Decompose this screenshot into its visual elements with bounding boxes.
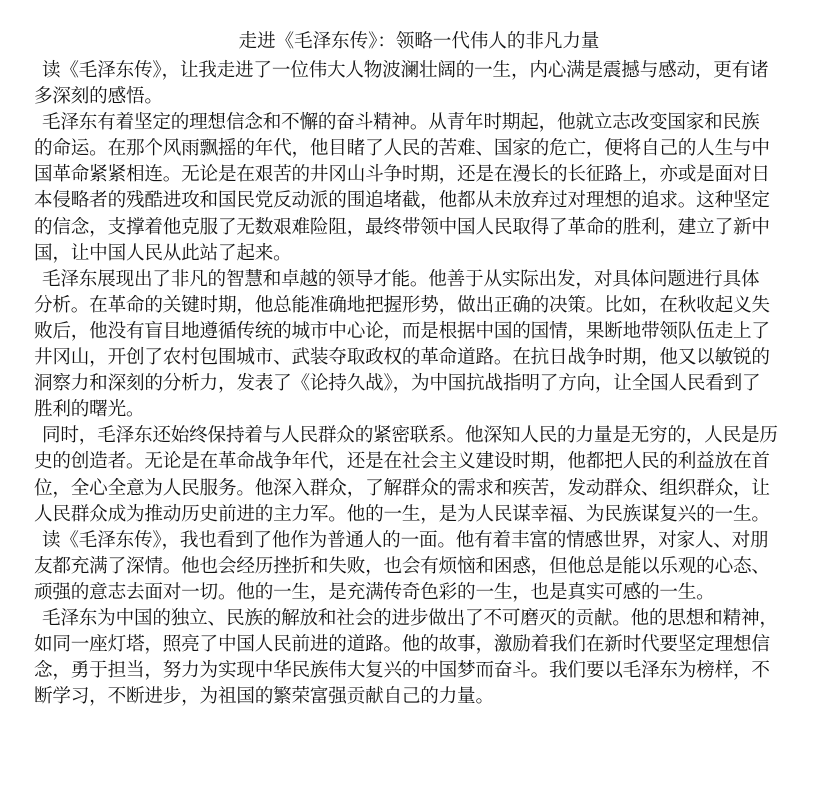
paragraph-intro: 读《毛泽东传》，让我走进了一位伟大人物波澜壮阔的一生，内心满是震撼与感动，更有诸… (34, 58, 794, 110)
text-line: 国革命紧紧相连。无论是在艰苦的井冈山斗争时期，还是在漫长的长征路上，亦或是面对日 (34, 162, 794, 188)
paragraph-conclusion: 毛泽东为中国的独立、民族的解放和社会的进步做出了不可磨灭的贡献。他的思想和精神，… (34, 606, 794, 710)
text-line: 的信念，支撑着他克服了无数艰难险阻，最终带领中国人民取得了革命的胜利，建立了新中 (34, 215, 794, 241)
text-line: 同时，毛泽东还始终保持着与人民群众的紧密联系。他深知人民的力量是无穷的，人民是历 (34, 423, 794, 449)
text-line: 本侵略者的残酷进攻和国民党反动派的围追堵截，他都从未放弃过对理想的追求。这种坚定 (34, 188, 794, 214)
text-line: 败后，他没有盲目地遵循传统的城市中心论，而是根据中国的国情，果断地带领队伍走上了 (34, 319, 794, 345)
paragraph-personal-side: 读《毛泽东传》，我也看到了他作为普通人的一面。他有着丰富的情感世界，对家人、对朋… (34, 528, 794, 606)
text-line: 读《毛泽东传》，我也看到了他作为普通人的一面。他有着丰富的情感世界，对家人、对朋 (34, 528, 794, 554)
text-line: 胜利的曙光。 (34, 397, 794, 423)
paragraph-leadership: 毛泽东展现出了非凡的智慧和卓越的领导才能。他善于从实际出发，对具体问题进行具体 … (34, 267, 794, 424)
text-line: 井冈山，开创了农村包围城市、武装夺取政权的革命道路。在抗日战争时期，他又以敏锐的 (34, 345, 794, 371)
text-line: 念，勇于担当，努力为实现中华民族伟大复兴的中国梦而奋斗。我们要以毛泽东为榜样，不 (34, 658, 794, 684)
text-line: 国，让中国人民从此站了起来。 (34, 241, 794, 267)
text-line: 毛泽东展现出了非凡的智慧和卓越的领导才能。他善于从实际出发，对具体问题进行具体 (34, 267, 794, 293)
document: 走进《毛泽东传》：领略一代伟人的非凡力量 读《毛泽东传》，让我走进了一位伟大人物… (34, 28, 794, 710)
paragraph-ideals: 毛泽东有着坚定的理想信念和不懈的奋斗精神。从青年时期起，他就立志改变国家和民族 … (34, 110, 794, 267)
text-line: 洞察力和深刻的分析力，发表了《论持久战》，为中国抗战指明了方向，让全国人民看到了 (34, 371, 794, 397)
text-line: 多深刻的感悟。 (34, 84, 794, 110)
text-line: 的命运。在那个风雨飘摇的年代，他目睹了人民的苦难、国家的危亡，便将自己的人生与中 (34, 136, 794, 162)
text-line: 毛泽东为中国的独立、民族的解放和社会的进步做出了不可磨灭的贡献。他的思想和精神， (34, 606, 794, 632)
text-line: 史的创造者。无论是在革命战争年代，还是在社会主义建设时期，他都把人民的利益放在首 (34, 449, 794, 475)
text-line: 毛泽东有着坚定的理想信念和不懈的奋斗精神。从青年时期起，他就立志改变国家和民族 (34, 110, 794, 136)
text-line: 读《毛泽东传》，让我走进了一位伟大人物波澜壮阔的一生，内心满是震撼与感动，更有诸 (34, 58, 794, 84)
text-line: 如同一座灯塔，照亮了中国人民前进的道路。他的故事，激励着我们在新时代要坚定理想信 (34, 632, 794, 658)
text-line: 断学习，不断进步，为祖国的繁荣富强贡献自己的力量。 (34, 684, 794, 710)
document-title: 走进《毛泽东传》：领略一代伟人的非凡力量 (34, 28, 794, 56)
text-line: 人民群众成为推动历史前进的主力军。他的一生，是为人民谋幸福、为民族谋复兴的一生。 (34, 502, 794, 528)
text-line: 位，全心全意为人民服务。他深入群众，了解群众的需求和疾苦，发动群众、组织群众，让 (34, 476, 794, 502)
text-line: 顽强的意志去面对一切。他的一生，是充满传奇色彩的一生，也是真实可感的一生。 (34, 580, 794, 606)
text-line: 友都充满了深情。他也会经历挫折和失败，也会有烦恼和困惑，但他总是能以乐观的心态、 (34, 554, 794, 580)
text-line: 分析。在革命的关键时期，他总能准确地把握形势，做出正确的决策。比如，在秋收起义失 (34, 293, 794, 319)
paragraph-people: 同时，毛泽东还始终保持着与人民群众的紧密联系。他深知人民的力量是无穷的，人民是历… (34, 423, 794, 527)
